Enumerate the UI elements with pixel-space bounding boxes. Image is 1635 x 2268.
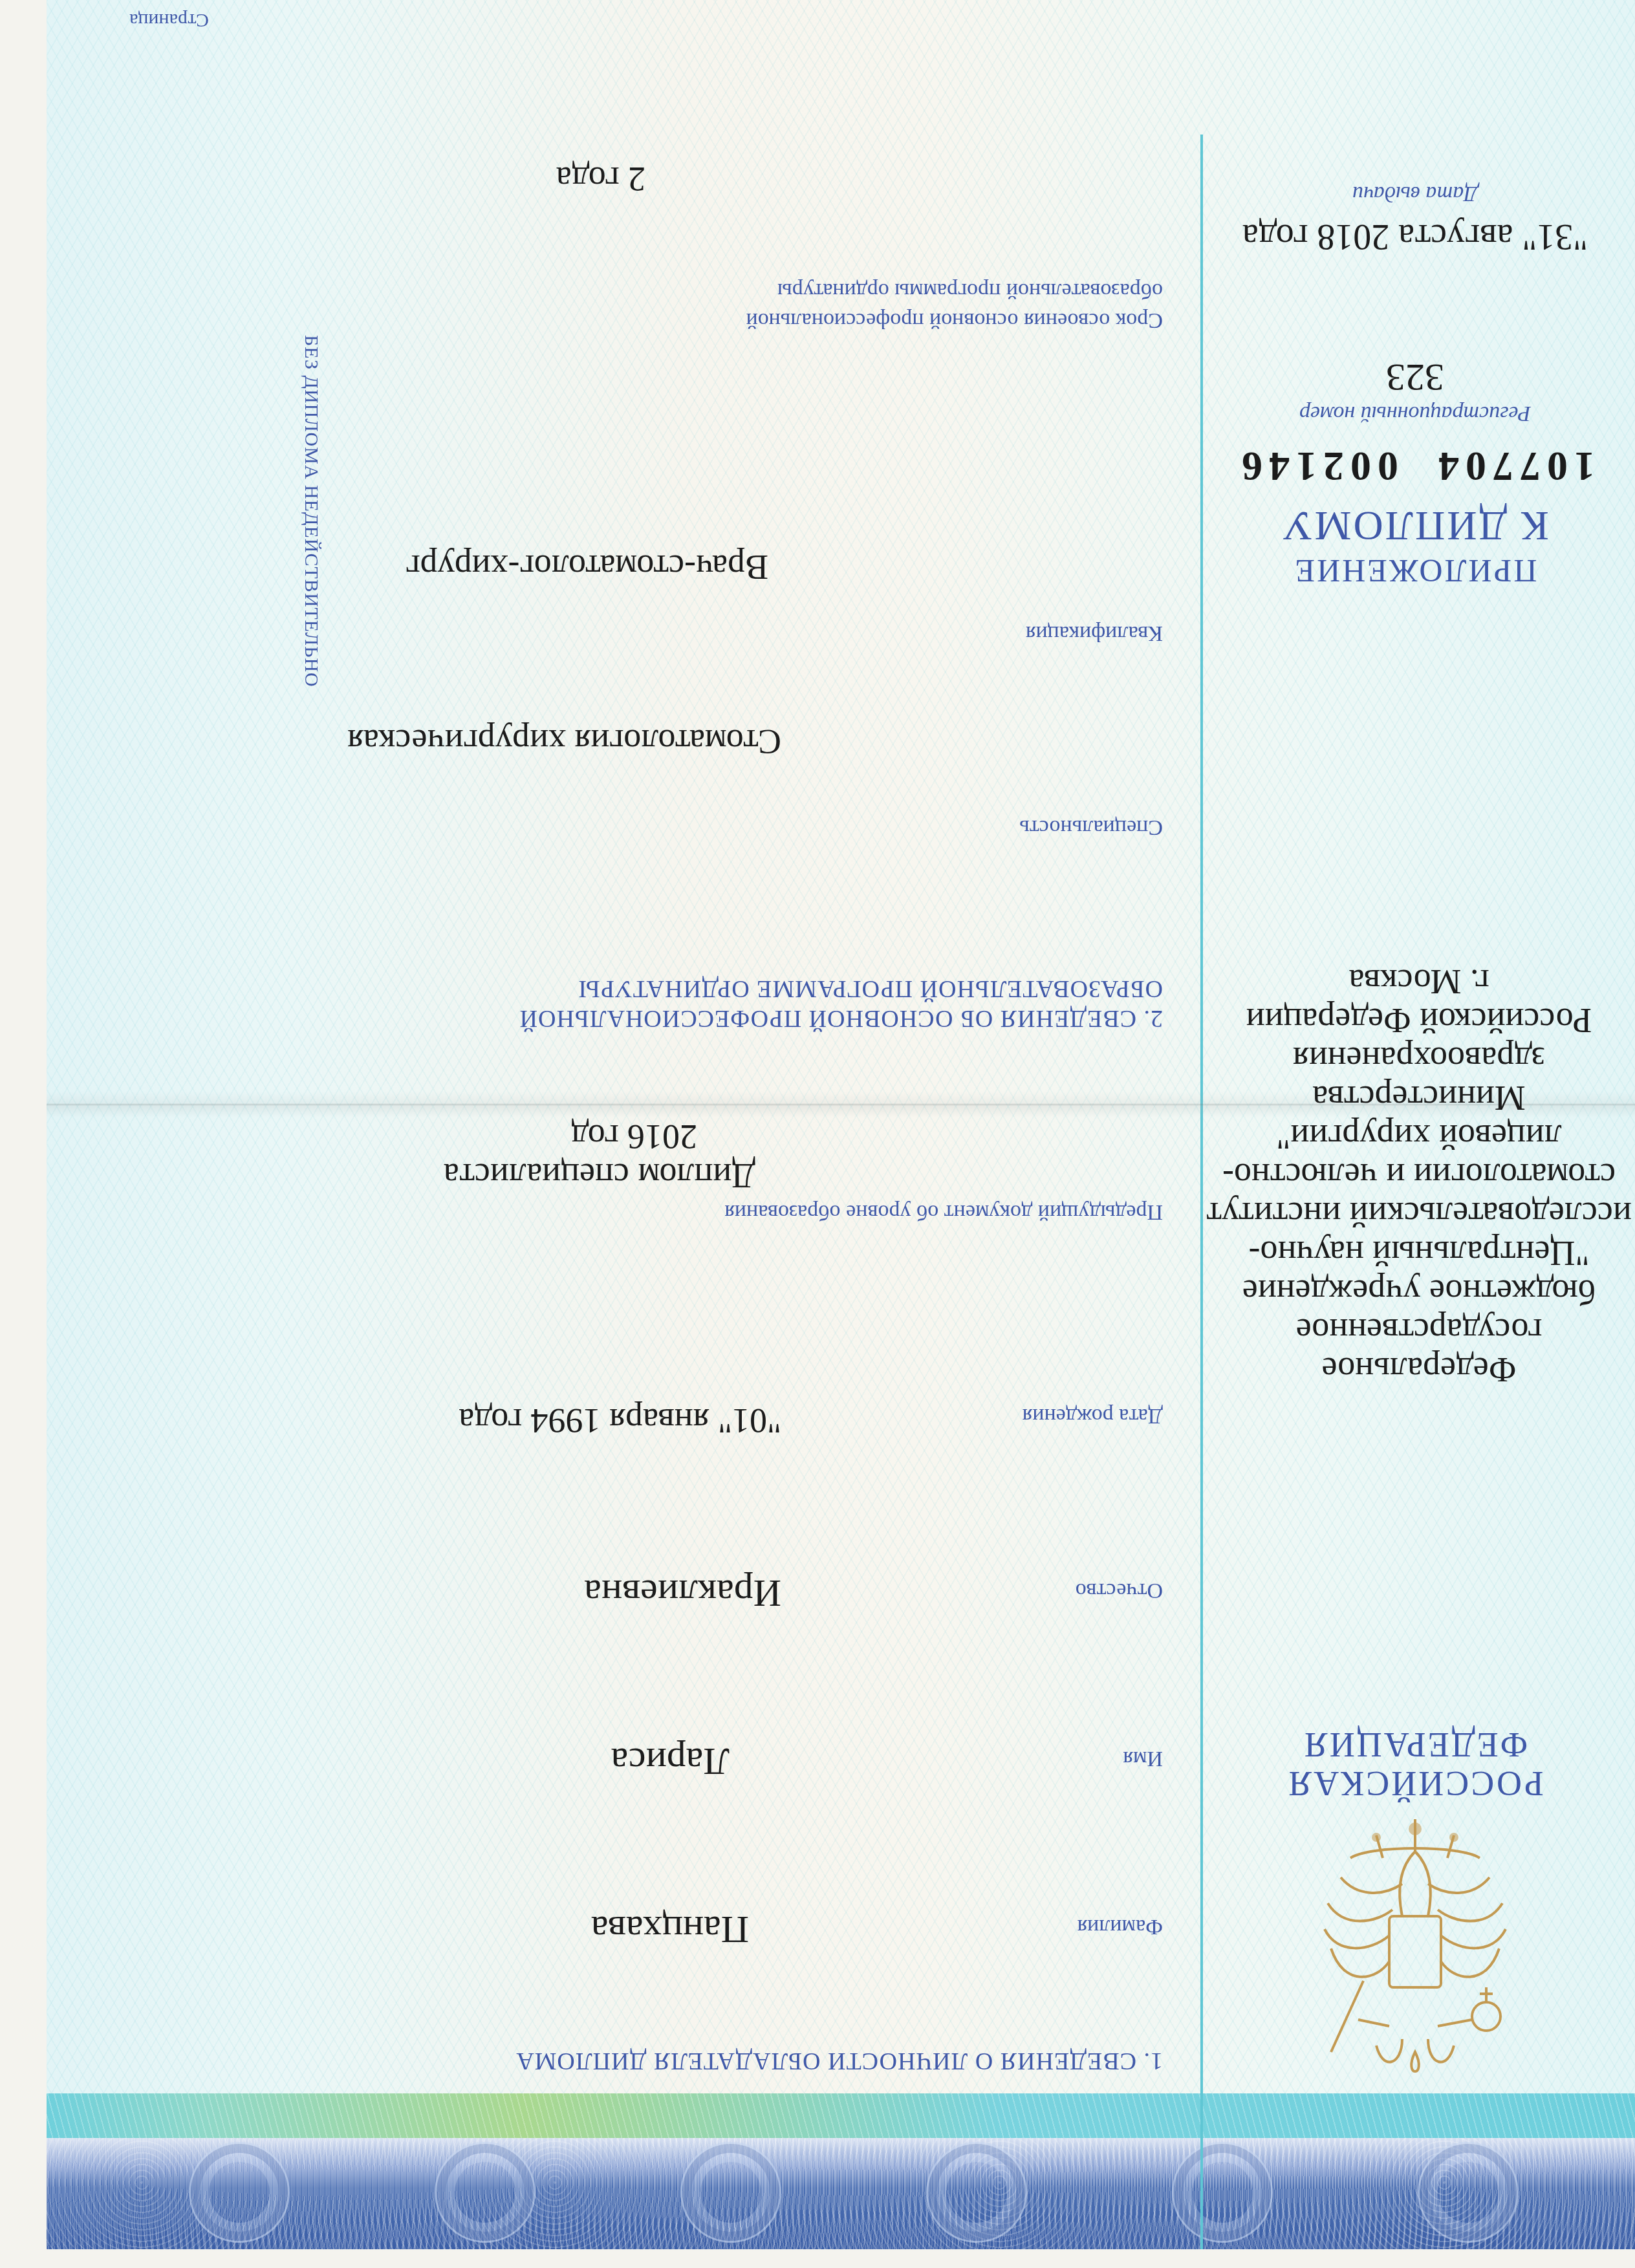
institution-line: г. Москва: [1203, 962, 1635, 1001]
rosette-icon: [435, 2142, 536, 2243]
section-1-heading: 1. СВЕДЕНИЯ О ЛИЧНОСТИ ОБЛАДАТЕЛЯ ДИПЛОМ…: [515, 2046, 1163, 2076]
rosette-icon: [1172, 2142, 1273, 2243]
previous-document-type: Диплом специалиста: [444, 1156, 755, 1195]
registration-number: 323: [1260, 355, 1570, 400]
previous-document-label: Предыдущий документ об уровне образовани…: [724, 1200, 1163, 1224]
appendix-title: ПРИЛОЖЕНИЕ К ДИПЛОМУ: [1247, 503, 1583, 594]
previous-document-value: Диплом специалиста 2016 год: [444, 1118, 755, 1195]
birth-date-label: Дата рождения: [1023, 1403, 1163, 1428]
institution-line: лицевой хирургии": [1203, 1118, 1635, 1156]
section-2-heading-line-2: ОБРАЗОВАТЕЛЬНОЙ ПРОГРАММЕ ОРДИНАТУРЫ: [519, 974, 1163, 1004]
institution-line: Федеральное государственное: [1203, 1312, 1635, 1389]
rosette-icon: [189, 2142, 290, 2243]
diploma-appendix-sheet: РОССИЙСКАЯ ФЕДЕРАЦИЯ Федеральное государ…: [47, 0, 1635, 2249]
diploma-number: 107704 002146: [1234, 442, 1596, 490]
registration-number-label: Регистрационный номер: [1260, 401, 1570, 426]
institution-line: стоматологии и челюстно-: [1203, 1156, 1635, 1195]
appendix-title-line-2: К ДИПЛОМУ: [1247, 503, 1583, 548]
country-title: РОССИЙСКАЯ ФЕДЕРАЦИЯ: [1253, 1725, 1577, 1803]
rosette-icon: [680, 2142, 781, 2243]
specialty-label: Специальность: [1019, 815, 1163, 839]
institution-line: исследовательский институт: [1203, 1195, 1635, 1234]
program-duration-label: Срок освоения основной профессиональной …: [746, 275, 1163, 335]
validity-note: БЕЗ ДИПЛОМА НЕДЕЙСТВИТЕЛЬНО: [300, 335, 322, 687]
rosette-icon: [926, 2142, 1027, 2243]
section-2-heading: 2. СВЕДЕНИЯ ОБ ОСНОВНОЙ ПРОФЕССИОНАЛЬНОЙ…: [519, 974, 1163, 1033]
patronymic-label: Отчество: [1076, 1578, 1163, 1603]
appendix-title-line-1: ПРИЛОЖЕНИЕ: [1247, 548, 1583, 594]
country-line-2: ФЕДЕРАЦИЯ: [1253, 1725, 1577, 1764]
institution-line: "Центральный научно-: [1203, 1234, 1635, 1273]
qualification-label: Квалификация: [1026, 621, 1163, 645]
issue-date-label: Дата выдачи: [1234, 181, 1596, 206]
specialty-value: Стоматология хирургическая: [347, 722, 781, 762]
surname-label: Фамилия: [1077, 1914, 1163, 1939]
scanned-document: РОССИЙСКАЯ ФЕДЕРАЦИЯ Федеральное государ…: [0, 0, 1635, 2268]
institution-line: Министерства: [1203, 1079, 1635, 1118]
issue-date: "31" августа 2018 года: [1208, 216, 1622, 257]
patronymic-value: Ираклиевна: [584, 1571, 781, 1615]
double-headed-eagle-icon: [1305, 1806, 1525, 2091]
program-duration-label-line-1: Срок освоения основной профессиональной: [746, 305, 1163, 335]
guilloche-band: [47, 2093, 1635, 2249]
previous-document-year: 2016 год: [444, 1118, 755, 1156]
section-2-heading-line-1: 2. СВЕДЕНИЯ ОБ ОСНОВНОЙ ПРОФЕССИОНАЛЬНОЙ: [519, 1004, 1163, 1033]
program-duration-label-line-2: образовательной программы ординатуры: [746, 275, 1163, 305]
guilloche-band-light: [47, 2093, 1635, 2138]
birth-date-value: "01" января 1994 года: [459, 1401, 781, 1441]
institution-name: Федеральное государственное бюджетное уч…: [1203, 962, 1635, 1389]
given-name-value: Лариса: [611, 1739, 730, 1784]
institution-line: бюджетное учреждение: [1203, 1273, 1635, 1312]
qualification-value: Врач-стоматолог-хирург: [406, 547, 768, 587]
institution-line: здравоохранения: [1203, 1040, 1635, 1079]
given-name-label: Имя: [1123, 1746, 1163, 1771]
country-line-1: РОССИЙСКАЯ: [1253, 1764, 1577, 1803]
surname-value: Панцхава: [591, 1907, 749, 1952]
institution-line: Российской Федерации: [1203, 1001, 1635, 1040]
rosette-icon: [1418, 2142, 1519, 2243]
page-label: Страница: [129, 9, 209, 31]
program-duration-value: 2 года: [556, 159, 645, 199]
